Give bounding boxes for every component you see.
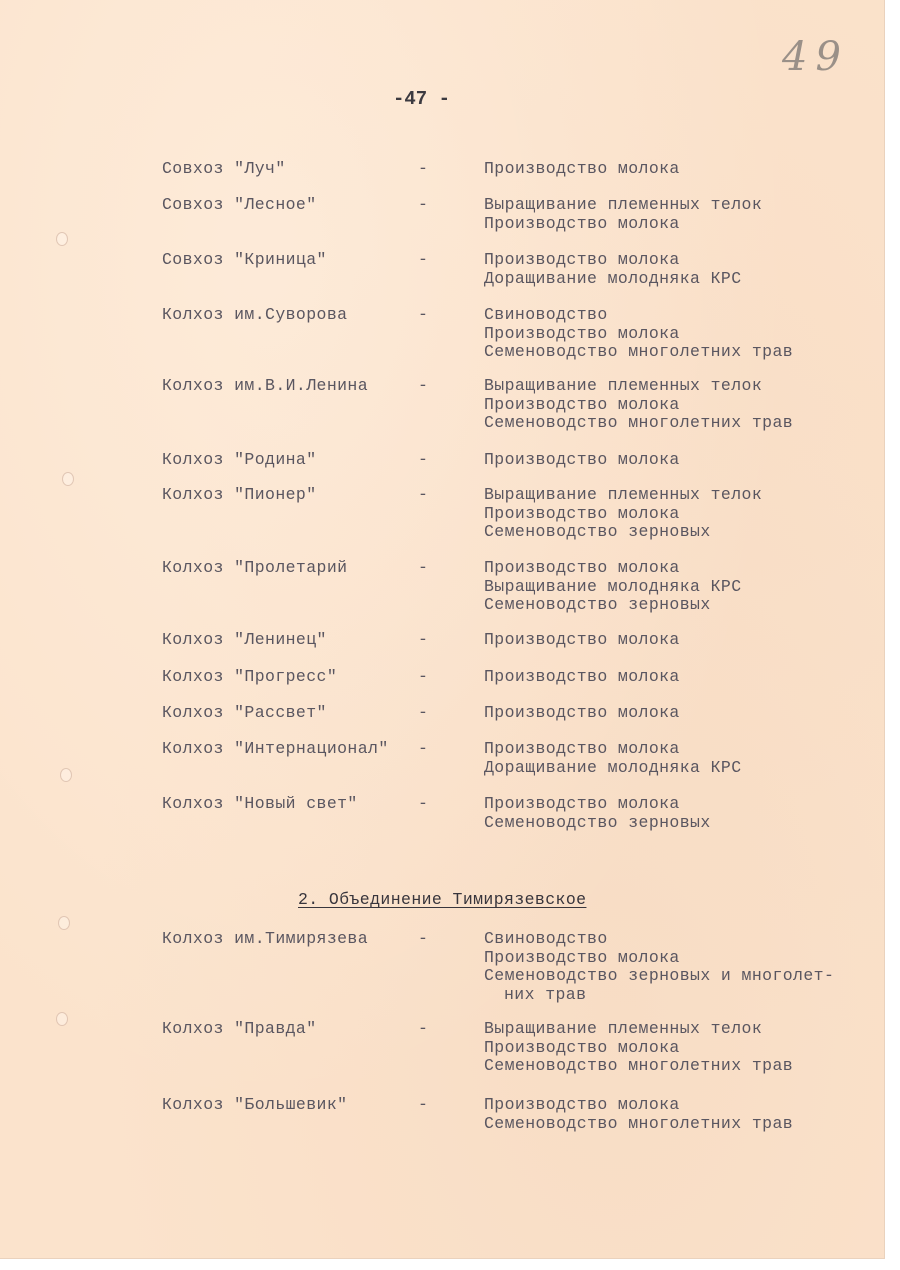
farm-name: Колхоз "Ленинец" bbox=[162, 631, 327, 650]
farm-name: Совхоз "Луч" bbox=[162, 160, 286, 179]
activity-item: Производство молока bbox=[484, 795, 711, 814]
activity-item: Выращивание племенных телок bbox=[484, 196, 762, 215]
activity-item: Свиноводство bbox=[484, 930, 834, 949]
dash-separator: - bbox=[418, 251, 428, 270]
dash-separator: - bbox=[418, 930, 428, 949]
punch-hole-mark bbox=[56, 1012, 68, 1026]
activity-item: Производство молока bbox=[484, 396, 793, 415]
activity-item: Доращивание молодняка КРС bbox=[484, 759, 742, 778]
activity-item: Семеноводство многолетних трав bbox=[484, 1115, 793, 1134]
activity-item: Производство молока bbox=[484, 505, 762, 524]
activity-item: Производство молока bbox=[484, 668, 680, 687]
farm-name: Колхоз "Пионер" bbox=[162, 486, 317, 505]
farm-name: Колхоз им.Тимирязева bbox=[162, 930, 368, 949]
activity-list: Производство молока bbox=[484, 704, 680, 723]
activity-item: Семеноводство зерновых bbox=[484, 523, 762, 542]
activity-item: Производство молока bbox=[484, 704, 680, 723]
activity-list: Производство молока bbox=[484, 631, 680, 650]
farm-name: Колхоз "Новый свет" bbox=[162, 795, 358, 814]
dash-separator: - bbox=[418, 160, 428, 179]
farm-name: Колхоз "Пролетарий bbox=[162, 559, 347, 578]
farm-name: Колхоз им.В.И.Ленина bbox=[162, 377, 368, 396]
activity-item: Доращивание молодняка КРС bbox=[484, 270, 742, 289]
activity-item: Выращивание молодняка КРС bbox=[484, 578, 742, 597]
activity-item: Производство молока bbox=[484, 1039, 793, 1058]
activity-list: СвиноводствоПроизводство молокаСеменовод… bbox=[484, 930, 834, 1004]
activity-list: Производство молока bbox=[484, 668, 680, 687]
punch-hole-mark bbox=[56, 232, 68, 246]
activity-item: Семеноводство многолетних трав bbox=[484, 414, 793, 433]
activity-item: Производство молока bbox=[484, 451, 680, 470]
farm-name: Колхоз "Правда" bbox=[162, 1020, 317, 1039]
activity-list: Производство молока bbox=[484, 160, 680, 179]
activity-item: Семеноводство многолетних трав bbox=[484, 1057, 793, 1076]
farm-name: Колхоз "Прогресс" bbox=[162, 668, 337, 687]
activity-item: них трав bbox=[484, 986, 834, 1005]
activity-item: Производство молока bbox=[484, 1096, 793, 1115]
activity-item: Производство молока bbox=[484, 740, 742, 759]
punch-hole-mark bbox=[58, 916, 70, 930]
activity-item: Выращивание племенных телок bbox=[484, 1020, 793, 1039]
section-2-title: 2. Объединение Тимирязевское bbox=[298, 891, 586, 910]
farm-name: Колхоз "Рассвет" bbox=[162, 704, 327, 723]
activity-item: Производство молока bbox=[484, 215, 762, 234]
activity-list: Производство молокаСеменоводство многоле… bbox=[484, 1096, 793, 1133]
dash-separator: - bbox=[418, 795, 428, 814]
activity-item: Производство молока bbox=[484, 325, 793, 344]
farm-name: Колхоз "Родина" bbox=[162, 451, 317, 470]
dash-separator: - bbox=[418, 668, 428, 687]
dash-separator: - bbox=[418, 486, 428, 505]
page-number: -47 - bbox=[393, 88, 450, 110]
punch-hole-mark bbox=[60, 768, 72, 782]
activity-list: Производство молокаДоращивание молодняка… bbox=[484, 251, 742, 288]
dash-separator: - bbox=[418, 1096, 428, 1115]
activity-list: Производство молокаВыращивание молодняка… bbox=[484, 559, 742, 615]
farm-name: Колхоз "Интернационал" bbox=[162, 740, 389, 759]
dash-separator: - bbox=[418, 631, 428, 650]
farm-name: Колхоз им.Суворова bbox=[162, 306, 347, 325]
dash-separator: - bbox=[418, 451, 428, 470]
dash-separator: - bbox=[418, 196, 428, 215]
farm-name: Совхоз "Лесное" bbox=[162, 196, 317, 215]
dash-separator: - bbox=[418, 306, 428, 325]
activity-list: Производство молокаДоращивание молодняка… bbox=[484, 740, 742, 777]
activity-list: Выращивание племенных телокПроизводство … bbox=[484, 1020, 793, 1076]
farm-name: Совхоз "Криница" bbox=[162, 251, 327, 270]
activity-item: Производство молока bbox=[484, 160, 680, 179]
activity-item: Производство молока bbox=[484, 949, 834, 968]
activity-item: Выращивание племенных телок bbox=[484, 377, 793, 396]
punch-hole-mark bbox=[62, 472, 74, 486]
dash-separator: - bbox=[418, 704, 428, 723]
dash-separator: - bbox=[418, 559, 428, 578]
farm-name: Колхоз "Большевик" bbox=[162, 1096, 347, 1115]
activity-list: Выращивание племенных телокПроизводство … bbox=[484, 377, 793, 433]
activity-item: Выращивание племенных телок bbox=[484, 486, 762, 505]
activity-item: Производство молока bbox=[484, 631, 680, 650]
activity-list: СвиноводствоПроизводство молокаСеменовод… bbox=[484, 306, 793, 362]
activity-item: Семеноводство многолетних трав bbox=[484, 343, 793, 362]
document-page: 49 -47 - Совхоз "Луч"-Производство молок… bbox=[0, 0, 885, 1259]
dash-separator: - bbox=[418, 740, 428, 759]
archive-page-number: 49 bbox=[782, 34, 849, 80]
dash-separator: - bbox=[418, 377, 428, 396]
activity-item: Производство молока bbox=[484, 559, 742, 578]
activity-list: Производство молока bbox=[484, 451, 680, 470]
dash-separator: - bbox=[418, 1020, 428, 1039]
activity-item: Семеноводство зерновых bbox=[484, 814, 711, 833]
activity-item: Свиноводство bbox=[484, 306, 793, 325]
activity-list: Выращивание племенных телокПроизводство … bbox=[484, 196, 762, 233]
activity-list: Производство молокаСеменоводство зерновы… bbox=[484, 795, 711, 832]
activity-item: Производство молока bbox=[484, 251, 742, 270]
activity-item: Семеноводство зерновых bbox=[484, 596, 742, 615]
activity-item: Семеноводство зерновых и многолет- bbox=[484, 967, 834, 986]
activity-list: Выращивание племенных телокПроизводство … bbox=[484, 486, 762, 542]
